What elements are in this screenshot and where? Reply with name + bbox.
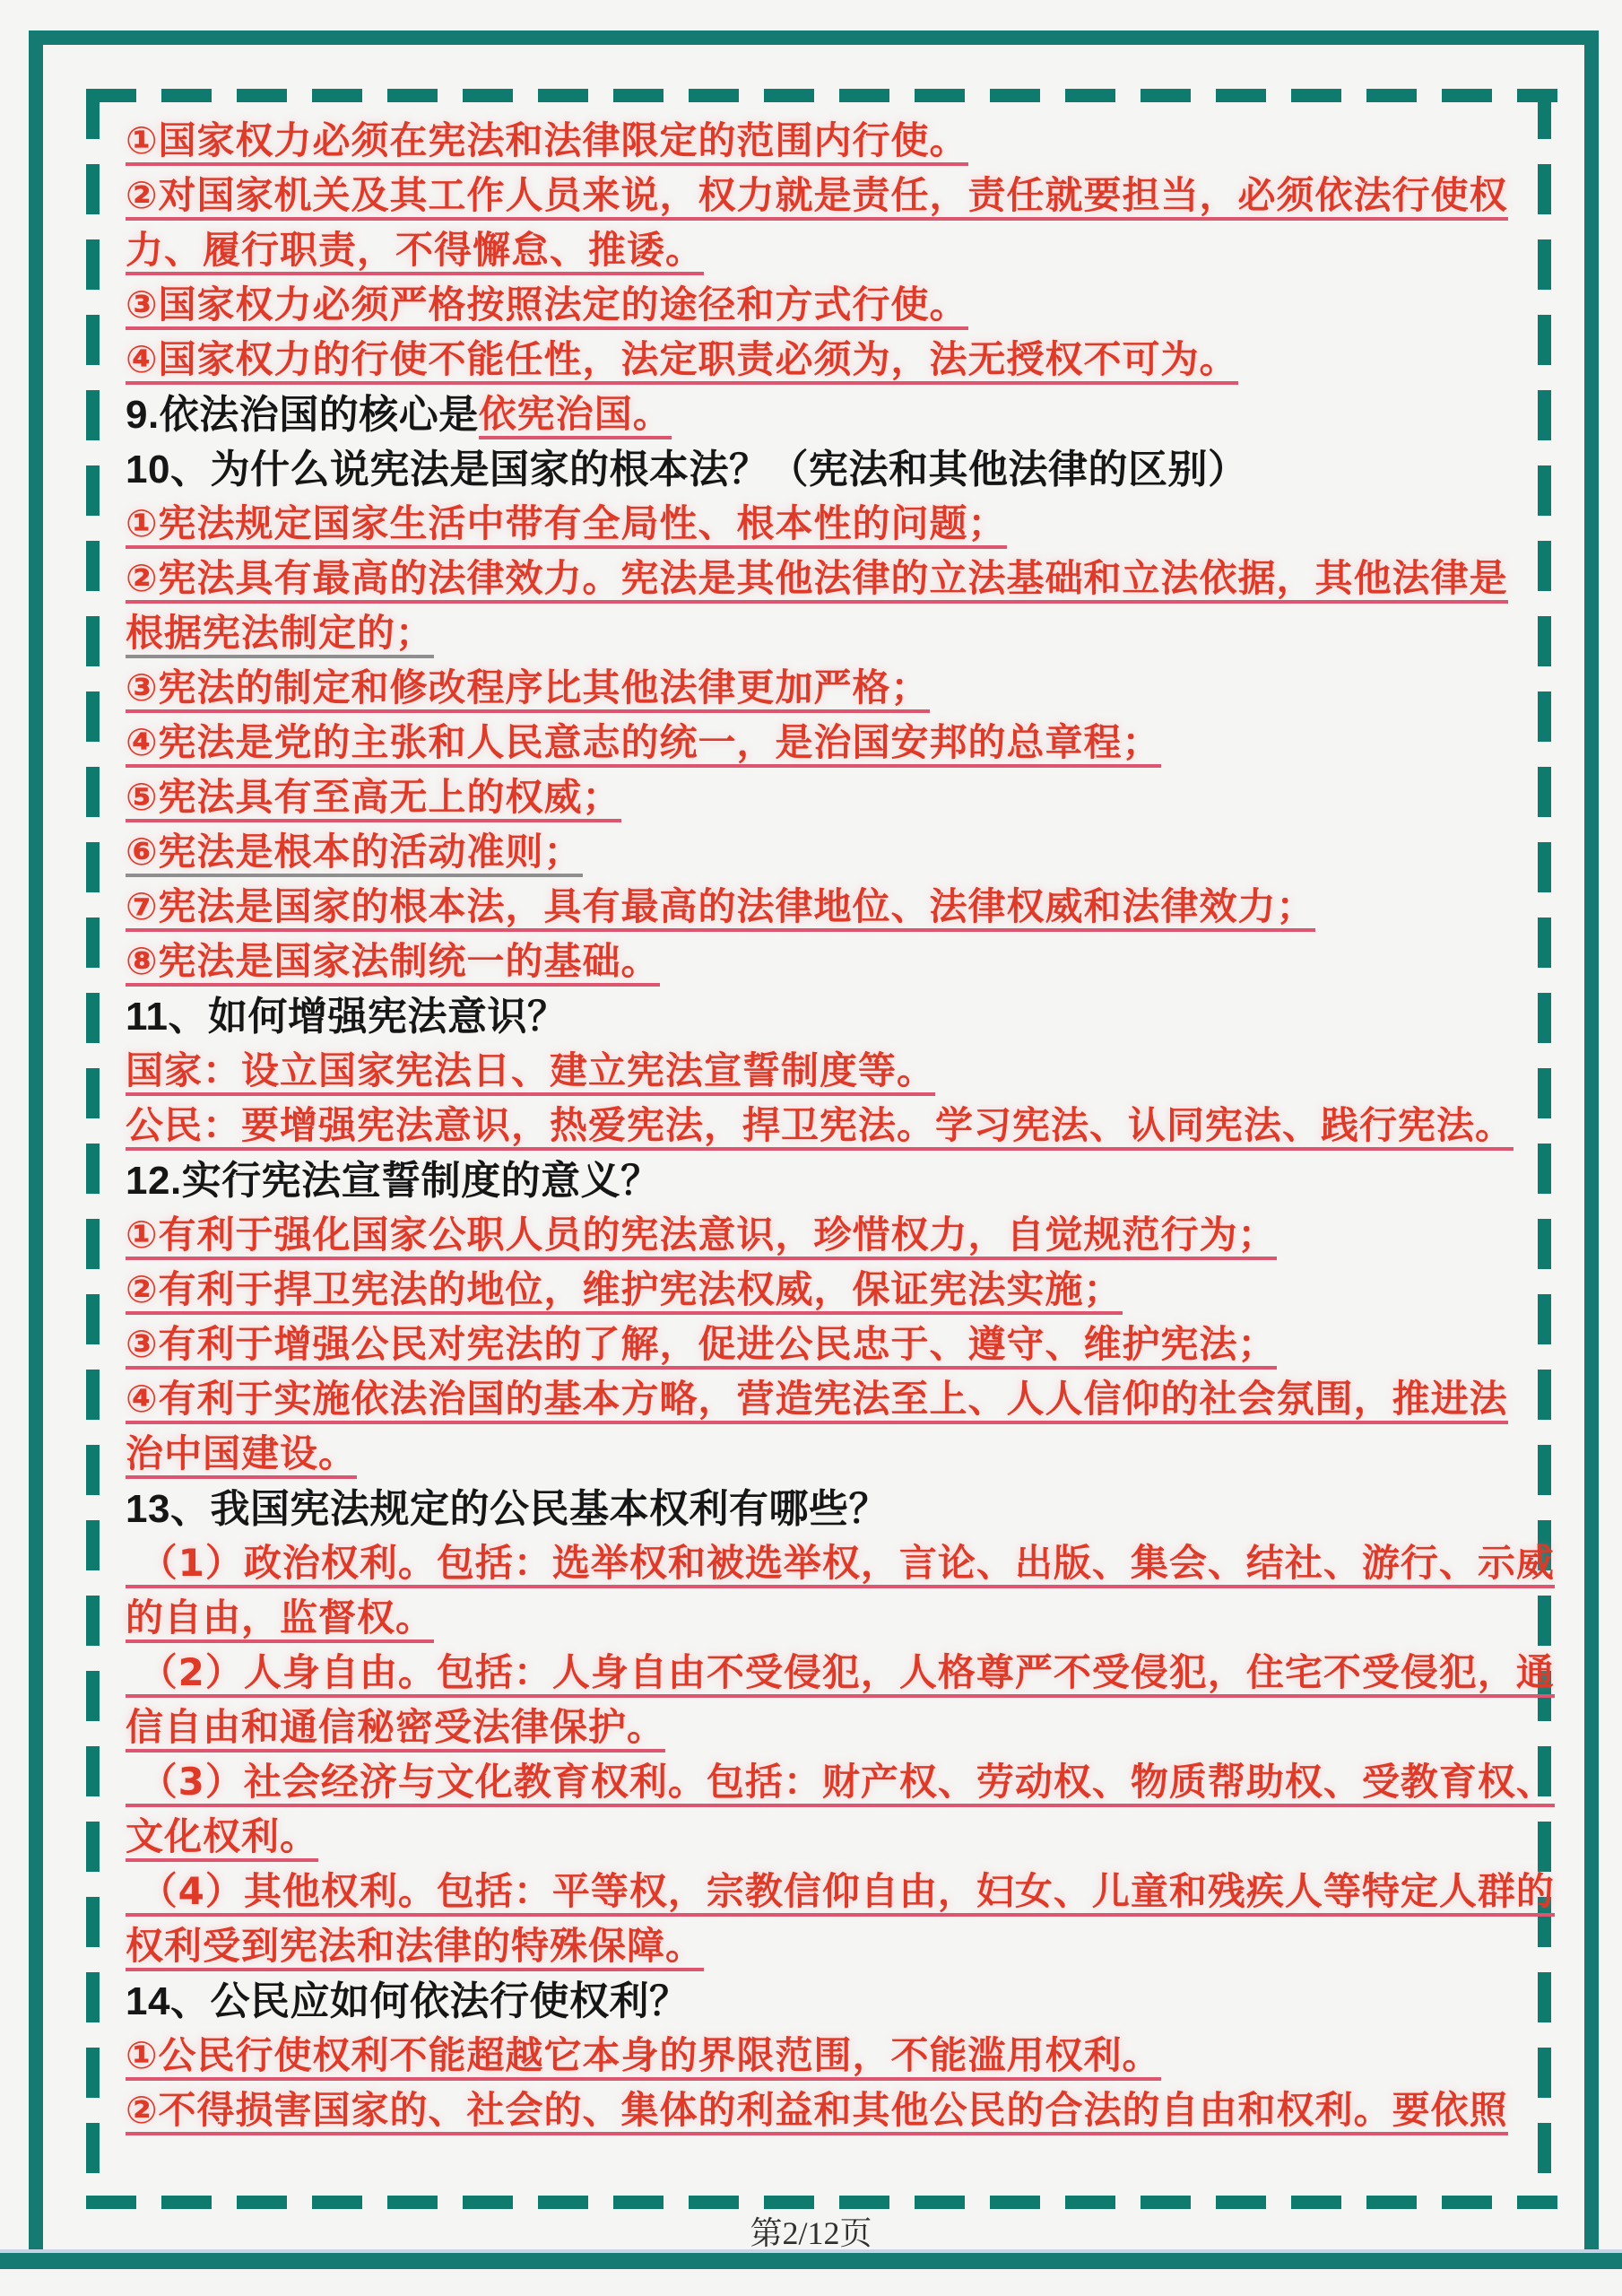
answer-text: （2）人身自由。包括：人身自由不受侵犯，人格尊严不受侵犯，住宅不受侵犯，通 [126, 1654, 1555, 1698]
answer-text: 信自由和通信秘密受法律保护。 [126, 1709, 665, 1752]
text-line: （3）社会经济与文化教育权利。包括：财产权、劳动权、物质帮助权、受教育权、 [126, 1763, 1560, 1818]
answer-text: 文化权利。 [126, 1818, 318, 1862]
text-line: （2）人身自由。包括：人身自由不受侵犯，人格尊严不受侵犯，住宅不受侵犯，通 [126, 1654, 1560, 1709]
text-line: ③有利于增强公民对宪法的了解，促进公民忠于、遵守、维护宪法； [126, 1326, 1560, 1380]
answer-text: ②对国家机关及其工作人员来说，权力就是责任，责任就要担当，必须依法行使权 [126, 177, 1508, 221]
answer-text: ②有利于捍卫宪法的地位，维护宪法权威，保证宪法实施； [126, 1271, 1123, 1315]
text-line: ⑦宪法是国家的根本法，具有最高的法律地位、法律权威和法律效力； [126, 888, 1560, 943]
answer-text: ②宪法具有最高的法律效力。宪法是其他法律的立法基础和立法依据，其他法律是 [126, 560, 1508, 604]
answer-text: （1）政治权利。包括：选举权和被选举权，言论、出版、集会、结社、游行、示威 [126, 1544, 1555, 1588]
dashed-border-left [86, 89, 100, 2209]
answer-text: 依宪治国。 [479, 396, 672, 439]
text-line: ③宪法的制定和修改程序比其他法律更加严格； [126, 669, 1560, 724]
text-line: 文化权利。 [126, 1818, 1560, 1873]
text-line: ②不得损害国家的、社会的、集体的利益和其他公民的合法的自由和权利。要依照 [126, 2092, 1560, 2146]
text-line: ⑥宪法是根本的活动准则； [126, 833, 1560, 888]
answer-text: ①宪法规定国家生活中带有全局性、根本性的问题； [126, 505, 1007, 549]
text-line: 的自由，监督权。 [126, 1599, 1560, 1654]
text-line: 力、履行职责，不得懈怠、推诿。 [126, 231, 1560, 286]
answer-text: ⑧宪法是国家法制统一的基础。 [126, 943, 660, 987]
text-line: 9.依法治国的核心是依宪治国。 [126, 396, 1560, 450]
text-line: ①国家权力必须在宪法和法律限定的范围内行使。 [126, 122, 1560, 177]
answer-text: ⑥宪法是根本的活动准则； [126, 833, 583, 877]
text-line: 权利受到宪法和法律的特殊保障。 [126, 1927, 1560, 1982]
text-line: ⑤宪法具有至高无上的权威； [126, 778, 1560, 833]
answer-text: 公民：要增强宪法意识，热爱宪法，捍卫宪法。学习宪法、认同宪法、践行宪法。 [126, 1107, 1514, 1151]
page-number: 第2/12页 [0, 2208, 1622, 2254]
text-line: ④宪法是党的主张和人民意志的统一，是治国安邦的总章程； [126, 724, 1560, 778]
text-line: ④国家权力的行使不能任性，法定职责必须为，法无授权不可为。 [126, 341, 1560, 396]
answer-text: ⑦宪法是国家的根本法，具有最高的法律地位、法律权威和法律效力； [126, 888, 1315, 932]
answer-text: 力、履行职责，不得懈怠、推诿。 [126, 231, 704, 275]
notes-page: ①国家权力必须在宪法和法律限定的范围内行使。②对国家机关及其工作人员来说，权力就… [0, 0, 1622, 2296]
answer-text: ④国家权力的行使不能任性，法定职责必须为，法无授权不可为。 [126, 341, 1238, 385]
text-line: ②有利于捍卫宪法的地位，维护宪法权威，保证宪法实施； [126, 1271, 1560, 1326]
question-text: 10、为什么说宪法是国家的根本法？（宪法和其他法律的区别） [126, 450, 1247, 490]
question-text: 13、我国宪法规定的公民基本权利有哪些？ [126, 1490, 889, 1529]
question-text: 12.实行宪法宣誓制度的意义？ [126, 1161, 661, 1201]
text-line: ②宪法具有最高的法律效力。宪法是其他法律的立法基础和立法依据，其他法律是 [126, 560, 1560, 614]
question-text: 11、如何增强宪法意识？ [126, 997, 568, 1037]
text-line: ③国家权力必须严格按照法定的途径和方式行使。 [126, 286, 1560, 341]
text-line: ①有利于强化国家公职人员的宪法意识，珍惜权力，自觉规范行为； [126, 1216, 1560, 1271]
text-line: （4）其他权利。包括：平等权，宗教信仰自由，妇女、儿童和残疾人等特定人群的 [126, 1873, 1560, 1927]
answer-text: ③有利于增强公民对宪法的了解，促进公民忠于、遵守、维护宪法； [126, 1326, 1277, 1370]
text-line: ①宪法规定国家生活中带有全局性、根本性的问题； [126, 505, 1560, 560]
answer-text: 的自由，监督权。 [126, 1599, 434, 1643]
notes-content: ①国家权力必须在宪法和法律限定的范围内行使。②对国家机关及其工作人员来说，权力就… [126, 122, 1560, 2146]
answer-text: 权利受到宪法和法律的特殊保障。 [126, 1927, 704, 1971]
text-line: 13、我国宪法规定的公民基本权利有哪些？ [126, 1490, 1560, 1544]
text-line: 信自由和通信秘密受法律保护。 [126, 1709, 1560, 1763]
answer-text: ④宪法是党的主张和人民意志的统一，是治国安邦的总章程； [126, 724, 1161, 768]
answer-text: ⑤宪法具有至高无上的权威； [126, 778, 621, 822]
text-line: 治中国建设。 [126, 1435, 1560, 1490]
text-line: ②对国家机关及其工作人员来说，权力就是责任，责任就要担当，必须依法行使权 [126, 177, 1560, 231]
answer-text: ①公民行使权利不能超越它本身的界限范围，不能滥用权利。 [126, 2037, 1161, 2081]
text-line: 14、公民应如何依法行使权利？ [126, 1982, 1560, 2037]
answer-text: ③宪法的制定和修改程序比其他法律更加严格； [126, 669, 930, 713]
answer-text: ①国家权力必须在宪法和法律限定的范围内行使。 [126, 122, 968, 166]
answer-text: ③国家权力必须严格按照法定的途径和方式行使。 [126, 286, 968, 330]
question-text: 14、公民应如何依法行使权利？ [126, 1982, 689, 2022]
text-line: ①公民行使权利不能超越它本身的界限范围，不能滥用权利。 [126, 2037, 1560, 2092]
text-line: 国家：设立国家宪法日、建立宪法宣誓制度等。 [126, 1052, 1560, 1107]
answer-text: 治中国建设。 [126, 1435, 357, 1479]
answer-text: ②不得损害国家的、社会的、集体的利益和其他公民的合法的自由和权利。要依照 [126, 2092, 1508, 2135]
text-line: （1）政治权利。包括：选举权和被选举权，言论、出版、集会、结社、游行、示威 [126, 1544, 1560, 1599]
text-line: ④有利于实施依法治国的基本方略，营造宪法至上、人人信仰的社会氛围，推进法 [126, 1380, 1560, 1435]
answer-text: ①有利于强化国家公职人员的宪法意识，珍惜权力，自觉规范行为； [126, 1216, 1277, 1260]
answer-text: 国家：设立国家宪法日、建立宪法宣誓制度等。 [126, 1052, 935, 1096]
dashed-border-top [86, 89, 1557, 102]
answer-text: 根据宪法制定的； [126, 614, 434, 658]
text-line: 11、如何增强宪法意识？ [126, 997, 1560, 1052]
answer-text: （3）社会经济与文化教育权利。包括：财产权、劳动权、物质帮助权、受教育权、 [126, 1763, 1555, 1807]
dashed-border-bottom [86, 2196, 1557, 2209]
question-text: 9.依法治国的核心是 [126, 396, 479, 435]
text-line: 10、为什么说宪法是国家的根本法？（宪法和其他法律的区别） [126, 450, 1560, 505]
text-line: 根据宪法制定的； [126, 614, 1560, 669]
answer-text: （4）其他权利。包括：平等权，宗教信仰自由，妇女、儿童和残疾人等特定人群的 [126, 1873, 1555, 1917]
text-line: 公民：要增强宪法意识，热爱宪法，捍卫宪法。学习宪法、认同宪法、践行宪法。 [126, 1107, 1560, 1161]
text-line: ⑧宪法是国家法制统一的基础。 [126, 943, 1560, 997]
text-line: 12.实行宪法宣誓制度的意义？ [126, 1161, 1560, 1216]
answer-text: ④有利于实施依法治国的基本方略，营造宪法至上、人人信仰的社会氛围，推进法 [126, 1380, 1508, 1424]
